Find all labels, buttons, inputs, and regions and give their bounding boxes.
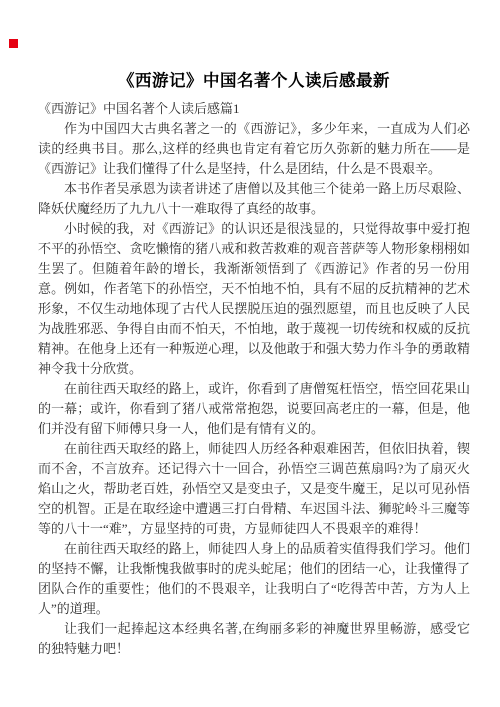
page-title: 《西游记》中国名著个人读后感最新 <box>38 71 470 92</box>
paragraph: 让我们一起捧起这本经典名著,在绚丽多彩的神魔世界里畅游，感受它的独特魅力吧！ <box>38 619 470 659</box>
paragraph: 本书作者吴承恩为读者讲述了唐僧以及其他三个徒弟一路上历尽艰险、降妖伏魔经历了九九… <box>38 179 470 219</box>
paragraph: 在前往西天取经的路上，或许，你看到了唐僧冤枉悟空，悟空回花果山的一幕；或许，你看… <box>38 379 470 439</box>
red-square-marker <box>9 39 18 48</box>
document-subtitle: 《西游记》中国名著个人读后感篇1 <box>38 99 470 119</box>
paragraph: 作为中国四大古典名著之一的《西游记》，多少年来，一直成为人们必读的经典书目。那么… <box>38 119 470 179</box>
paragraph: 小时候的我，对《西游记》的认识还是很浅显的，只觉得故事中爱打抱不平的孙悟空、贪吃… <box>38 219 470 379</box>
paragraph: 在前往西天取经的路上，师徒四人身上的品质着实值得我们学习。他们的坚持不懈，让我惭… <box>38 539 470 619</box>
document-page: 《西游记》中国名著个人读后感最新 《西游记》中国名著个人读后感篇1 作为中国四大… <box>0 0 500 707</box>
paragraph: 在前往西天取经的路上，师徒四人历经各种艰难困苦，但依旧执着，锲而不舍，不言放弃。… <box>38 439 470 539</box>
document-body: 《西游记》中国名著个人读后感篇1 作为中国四大古典名著之一的《西游记》，多少年来… <box>0 99 500 659</box>
